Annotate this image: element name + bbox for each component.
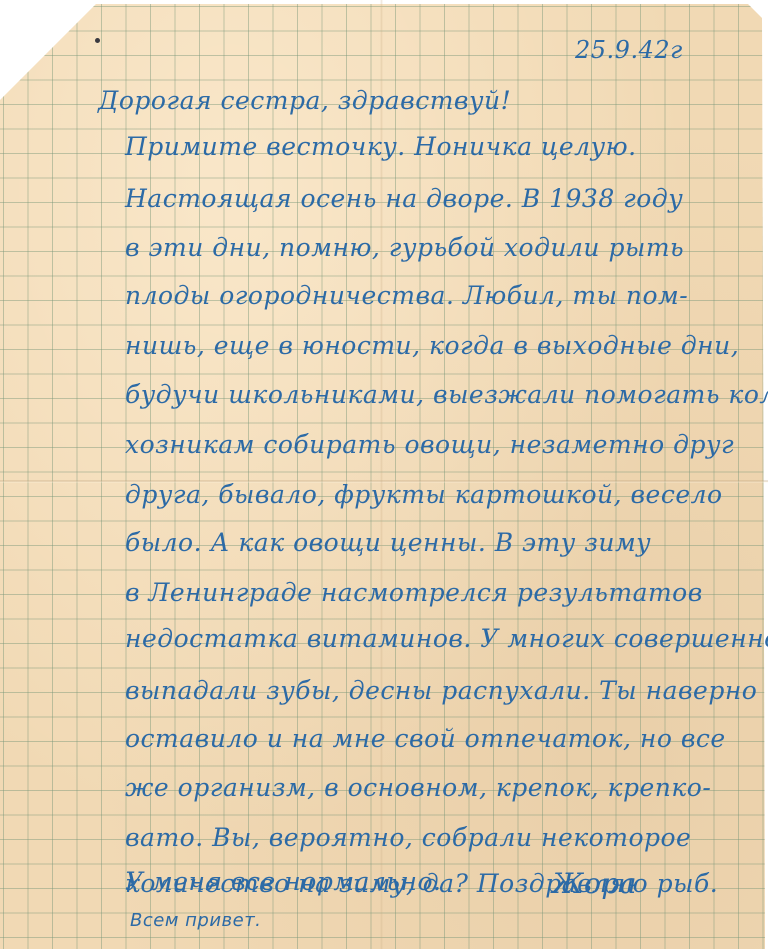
letter-line: будучи школьниками, выезжали помогать ко… <box>125 380 768 409</box>
letter-line: вато. Вы, вероятно, собрали некоторое <box>125 823 691 852</box>
letter-line: было. А как овощи ценны. В эту зиму <box>125 528 651 557</box>
letter-signature: Жора <box>552 867 637 900</box>
letter-postscript: Всем привет. <box>130 910 261 931</box>
letter-line: Настоящая осень на дворе. В 1938 году <box>125 184 683 213</box>
letter-line: недостатка витаминов. У многих совершенн… <box>125 624 768 653</box>
letter-greeting: Дорогая сестра, здравствуй! <box>98 86 511 115</box>
letter-line: оставило и на мне свой отпечаток, но все <box>125 724 726 753</box>
letter-line: же организм, в основном, крепок, крепко- <box>125 773 711 802</box>
letter-line: в эти дни, помню, гурьбой ходили рыть <box>125 233 684 262</box>
letter-line: нишь, еще в юности, когда в выходные дни… <box>125 331 739 360</box>
letter-date: 25.9.42г <box>575 36 683 64</box>
letter-line: хозникам собирать овощи, незаметно друг <box>125 430 734 459</box>
letter-line: друга, бывало, фрукты картошкой, весело <box>125 480 723 509</box>
letter-line: плоды огородничества. Любил, ты пом- <box>125 281 688 310</box>
ink-dot <box>95 38 100 43</box>
letter-line: выпадали зубы, десны распухали. Ты навер… <box>125 676 757 705</box>
letter-line: в Ленинграде насмотрелся результатов <box>125 578 703 607</box>
letter-closing: У меня все нормально. <box>125 867 441 896</box>
letter-line: Примите весточку. Ноничка целую. <box>125 132 637 161</box>
